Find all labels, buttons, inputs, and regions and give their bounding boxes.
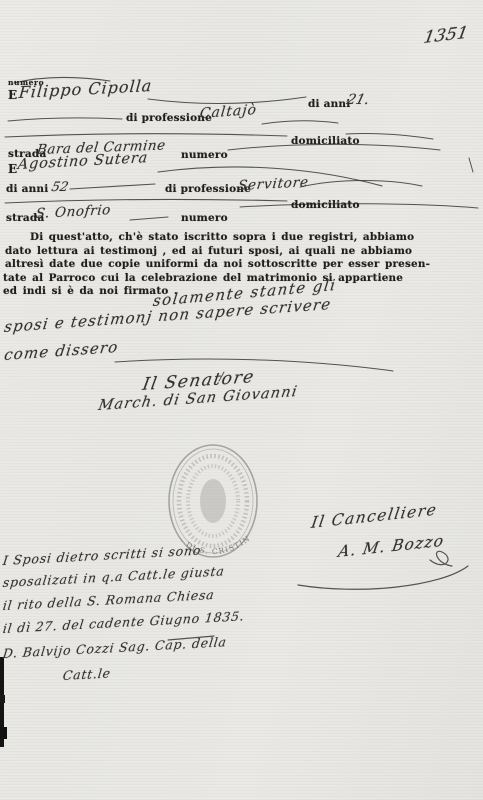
- groom-age-handwritten: 21.: [345, 92, 371, 108]
- paragraph-line: altresì date due copie uniformi da noi s…: [5, 258, 430, 270]
- e-label-groom: E: [8, 88, 17, 102]
- margin-note-line: Catt.le: [62, 665, 112, 683]
- numero-label-groom: numero: [181, 149, 228, 161]
- domiciliato-label-second: domiciliato: [291, 199, 360, 211]
- paragraph-line: ed indi si è da noi firmato .: [3, 285, 178, 297]
- paragraph-line: tate al Parroco cui la celebrazione del …: [3, 272, 403, 284]
- e-label-second: E: [8, 162, 17, 176]
- numero-label-second: numero: [181, 212, 228, 224]
- scanned-document-page: · DI S. CRISTINA · 1351 numero E Filippo…: [0, 0, 483, 800]
- di-anni-label-second: di anni: [6, 183, 48, 195]
- domiciliato-label-groom: domiciliato: [291, 135, 360, 147]
- second-age-handwritten: 52: [50, 180, 70, 195]
- di-anni-label-groom: di anni: [308, 98, 350, 110]
- paragraph-line: dato lettura ai testimonj , ed ai futuri…: [5, 245, 412, 257]
- scan-edge-artifact: [0, 657, 7, 747]
- paragraph-line: Di quest'atto, ch'è stato iscritto sopra…: [30, 231, 414, 243]
